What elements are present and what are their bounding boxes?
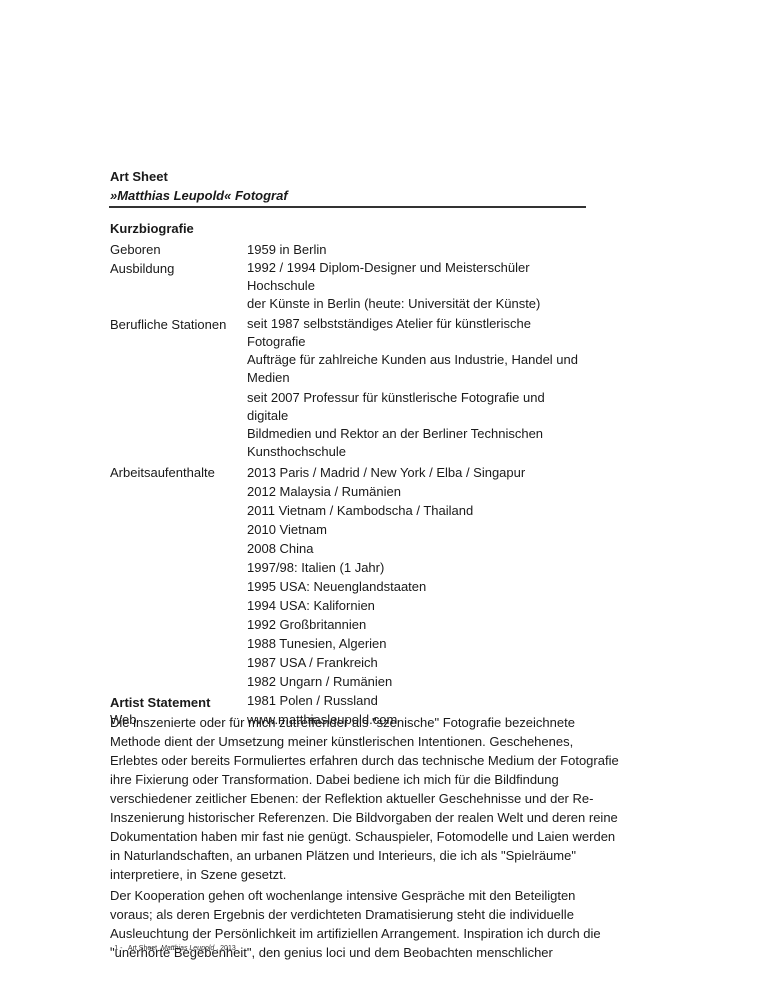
biography-heading: Kurzbiografie (110, 221, 194, 236)
biography-value: 1995 USA: Neuenglandstaaten (247, 577, 588, 596)
biography-value: 1994 USA: Kalifornien (247, 596, 588, 615)
header-divider (109, 206, 586, 208)
biography-label: Berufliche Stationen (110, 315, 247, 463)
biography-value: 2013 Paris / Madrid / New York / Elba / … (247, 463, 588, 482)
biography-row: Berufliche Stationenseit 1987 selbststän… (110, 315, 588, 463)
biography-value: 2008 China (247, 539, 588, 558)
biography-value: 1982 Ungarn / Rumänien (247, 672, 588, 691)
biography-value: 1992 / 1994 Diplom-Designer und Meisters… (247, 259, 588, 313)
page-footer: - 1 - Art Sheet Matthias Leupold , 2013 (110, 944, 236, 953)
document-subtitle: »Matthias Leupold« Fotograf (110, 188, 288, 203)
artist-statement-body: Die inszenierte oder für mich zutreffend… (110, 713, 630, 964)
biography-value: seit 1987 selbstständiges Atelier für kü… (247, 315, 588, 387)
biography-row: Geboren1959 in Berlin (110, 240, 588, 259)
biography-value: 1987 USA / Frankreich (247, 653, 588, 672)
biography-value: 2012 Malaysia / Rumänien (247, 482, 588, 501)
biography-value: 1992 Großbritannien (247, 615, 588, 634)
biography-values: 1959 in Berlin (247, 240, 588, 259)
biography-label: Geboren (110, 240, 247, 259)
document-title: Art Sheet (110, 169, 168, 184)
footer-year: , 2013 (216, 945, 235, 952)
artist-statement-heading: Artist Statement (110, 695, 210, 710)
biography-value: 1997/98: Italien (1 Jahr) (247, 558, 588, 577)
biography-value: seit 2007 Professur für künstlerische Fo… (247, 389, 588, 461)
biography-value: 2011 Vietnam / Kambodscha / Thailand (247, 501, 588, 520)
biography-row: Ausbildung1992 / 1994 Diplom-Designer un… (110, 259, 588, 315)
footer-author: Matthias Leupold (161, 945, 214, 952)
biography-value: 1988 Tunesien, Algerien (247, 634, 588, 653)
biography-label: Ausbildung (110, 259, 247, 315)
biography-value: 1981 Polen / Russland (247, 691, 588, 710)
biography-values: 1992 / 1994 Diplom-Designer und Meisters… (247, 259, 588, 315)
biography-values: seit 1987 selbstständiges Atelier für kü… (247, 315, 588, 463)
biography-row: Arbeitsaufenthalte2013 Paris / Madrid / … (110, 463, 588, 710)
biography-value: 2010 Vietnam (247, 520, 588, 539)
biography-value: 1959 in Berlin (247, 240, 588, 259)
biography-label: Arbeitsaufenthalte (110, 463, 247, 710)
statement-paragraph: Die inszenierte oder für mich zutreffend… (110, 713, 630, 884)
biography-table: Geboren1959 in BerlinAusbildung1992 / 19… (110, 240, 588, 729)
page-number: - 1 - (110, 945, 122, 952)
footer-doc-name: Art Sheet (128, 945, 157, 952)
biography-values: 2013 Paris / Madrid / New York / Elba / … (247, 463, 588, 710)
